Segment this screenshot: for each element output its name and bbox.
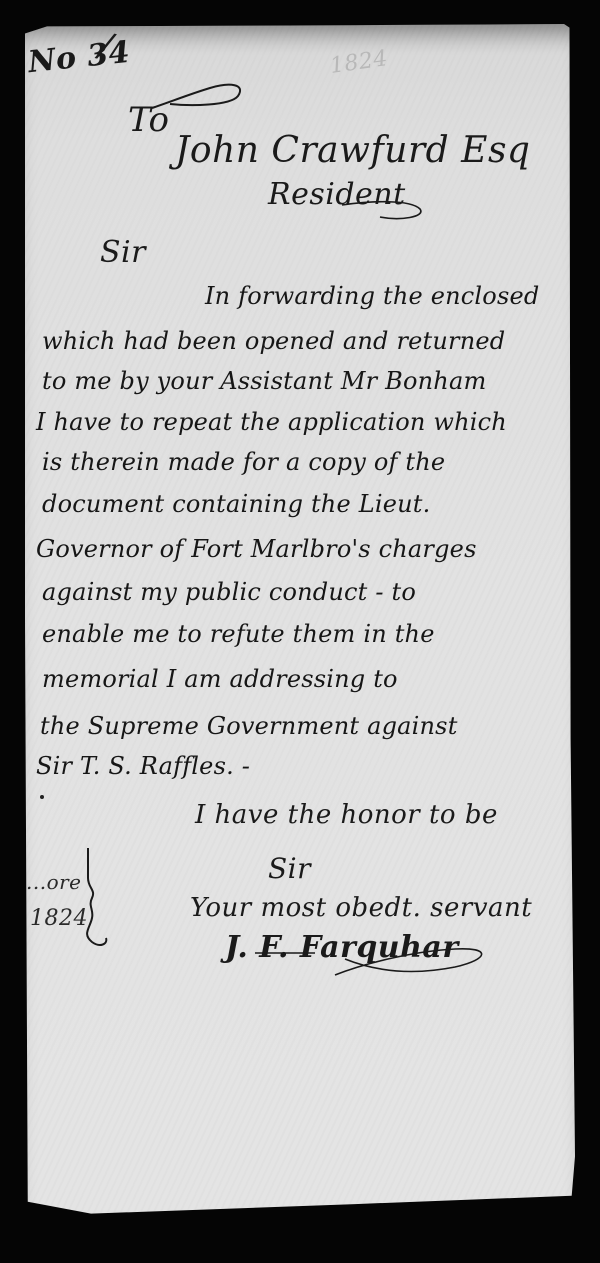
- body-line: document containing the Lieut.: [42, 490, 430, 518]
- body-line: against my public conduct - to: [42, 578, 416, 606]
- addressee-name: John Crawfurd Esq: [175, 130, 530, 171]
- greeting: Sir: [100, 235, 146, 270]
- signature-flourish-icon: [255, 945, 495, 985]
- body-line: which had been opened and returned: [42, 327, 505, 355]
- addressee-title: Resident: [268, 177, 406, 212]
- salutation-to: To: [128, 100, 170, 140]
- body-line: enable me to refute them in the: [42, 620, 435, 648]
- closing-line: I have the honor to be: [195, 800, 498, 830]
- body-line: I have to repeat the application which: [36, 408, 507, 436]
- closing-servant: Your most obedt. servant: [190, 893, 532, 923]
- margin-note-fragment: ...ore: [26, 870, 82, 894]
- body-line: memorial I am addressing to: [42, 665, 398, 693]
- body-line: Governor of Fort Marlbro's charges: [36, 535, 477, 563]
- ink-dot: [40, 795, 44, 799]
- body-line: Sir T. S. Raffles. -: [36, 752, 250, 780]
- body-line: is therein made for a copy of the: [42, 448, 445, 476]
- body-line: In forwarding the enclosed: [205, 282, 539, 310]
- curly-brace-icon: [78, 848, 118, 948]
- body-line: the Supreme Government against: [40, 712, 458, 740]
- body-line: to me by your Assistant Mr Bonham: [42, 367, 486, 395]
- closing-sir: Sir: [268, 852, 311, 885]
- scanned-document-image: No 34 / 1824 To John Crawfurd Esq Reside…: [0, 0, 600, 1263]
